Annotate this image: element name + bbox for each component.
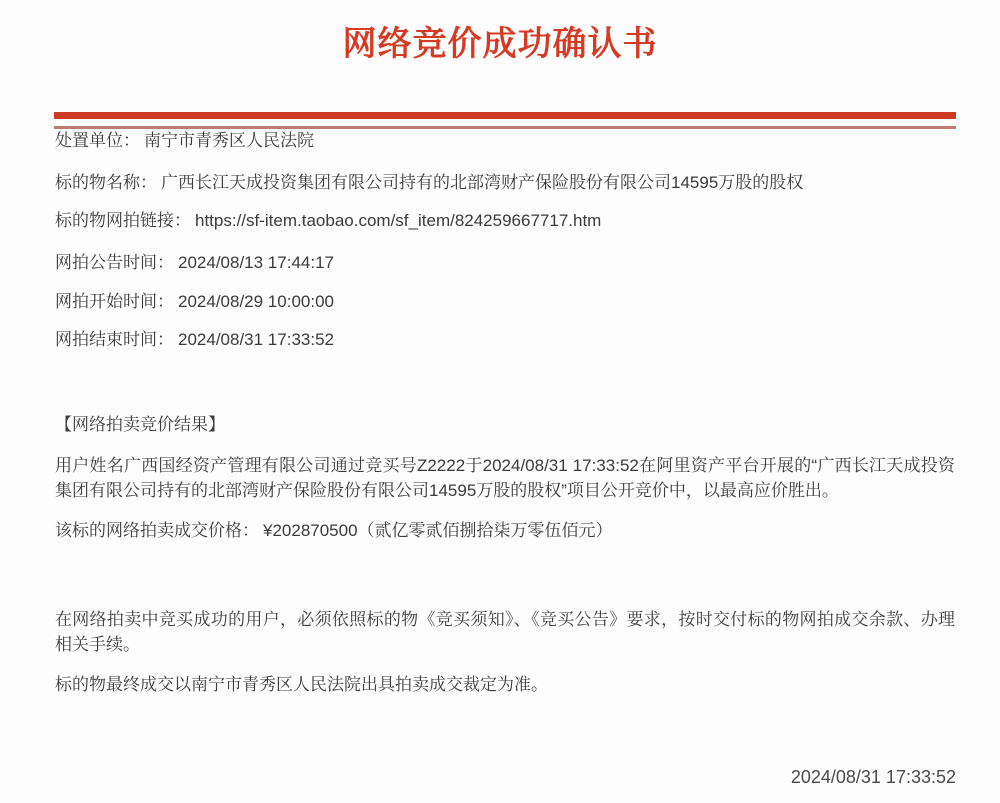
result-description: 用户姓名广西国经资产管理有限公司通过竞买号Z2222于2024/08/31 17… (55, 454, 955, 503)
auction-item-link[interactable]: https://sf-item.taobao.com/sf_item/82425… (195, 211, 601, 230)
field-start-time-label: 网拍开始时间： (55, 292, 174, 311)
field-auction-link: 标的物网拍链接：https://sf-item.taobao.com/sf_it… (55, 210, 957, 232)
footer-timestamp: 2024/08/31 17:33:52 (791, 766, 956, 788)
field-end-time-label: 网拍结束时间： (55, 330, 174, 349)
field-start-time-value: 2024/08/29 10:00:00 (178, 292, 334, 311)
price-value: ¥202870500（贰亿零贰佰捌拾柒万零伍佰元） (263, 521, 613, 540)
divider-thin (54, 126, 956, 129)
field-disposal-unit-value: 南宁市青秀区人民法院 (144, 131, 314, 150)
note-payment-requirement: 在网络拍卖中竞买成功的用户，必须依照标的物《竞买须知》、《竞买公告》要求，按时交… (55, 607, 955, 657)
document-title: 网络竞价成功确认书 (0, 24, 1000, 64)
field-auction-link-label: 标的物网拍链接： (55, 211, 191, 230)
divider-thick (54, 112, 956, 119)
field-subject-name: 标的物名称：广西长江天成投资集团有限公司持有的北部湾财产保险股份有限公司1459… (55, 172, 957, 194)
field-announce-time-label: 网拍公告时间： (55, 253, 174, 272)
field-end-time: 网拍结束时间：2024/08/31 17:33:52 (55, 329, 957, 351)
result-section-heading: 【网络拍卖竞价结果】 (55, 414, 225, 436)
confirmation-document: 网络竞价成功确认书 处置单位：南宁市青秀区人民法院 标的物名称：广西长江天成投资… (0, 0, 1000, 803)
field-subject-name-label: 标的物名称： (55, 173, 157, 192)
field-announce-time: 网拍公告时间：2024/08/13 17:44:17 (55, 252, 957, 274)
field-announce-time-value: 2024/08/13 17:44:17 (178, 253, 334, 272)
field-disposal-unit-label: 处置单位： (55, 131, 140, 150)
price-label: 该标的网络拍卖成交价格： (55, 521, 259, 540)
field-subject-name-value: 广西长江天成投资集团有限公司持有的北部湾财产保险股份有限公司14595万股的股权 (161, 173, 803, 192)
note-final-ruling: 标的物最终成交以南宁市青秀区人民法院出具拍卖成交裁定为准。 (55, 672, 955, 697)
price-line: 该标的网络拍卖成交价格：¥202870500（贰亿零贰佰捌拾柒万零伍佰元） (55, 520, 613, 542)
field-start-time: 网拍开始时间：2024/08/29 10:00:00 (55, 291, 957, 313)
field-end-time-value: 2024/08/31 17:33:52 (178, 330, 334, 349)
field-disposal-unit: 处置单位：南宁市青秀区人民法院 (55, 130, 957, 152)
